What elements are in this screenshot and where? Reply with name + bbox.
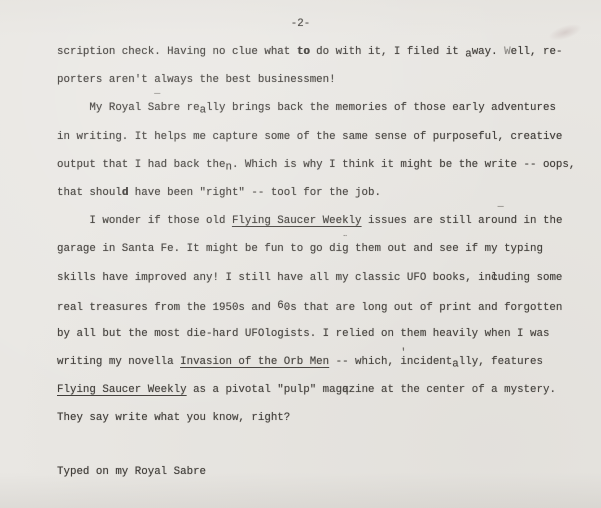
text-segment: nd in the xyxy=(504,215,562,227)
underlined-title: Flying Saucer Weekly xyxy=(57,384,187,396)
text-segment: real treasures from the 1950s and xyxy=(57,302,277,314)
text-segment: as a pivotal "pulp" mag xyxy=(187,384,343,396)
text-line: They say write what you know, right? xyxy=(57,404,579,432)
text-line: I wonder if those old Flying Saucer Week… xyxy=(57,207,579,235)
text-segment: lly brings back the memories of those ea… xyxy=(206,102,556,114)
text-segment: output that I had back the xyxy=(57,159,225,171)
text-line: output that I had back then. Which is wh… xyxy=(57,151,579,179)
text-segment: lly, features xyxy=(459,356,543,368)
text-line: by all but the most die-hard UFOlogists.… xyxy=(57,320,579,348)
text-segment: porters aren't always the best businessm… xyxy=(57,74,336,86)
underlined-title: Invasion of the Orb Men xyxy=(180,356,329,368)
text-line: garage in Santa Fe. It might be fun to g… xyxy=(57,235,579,263)
text-line: porters aren't always the best businessm… xyxy=(57,66,579,94)
text-segment: way. xyxy=(472,46,504,58)
typewritten-page: -2- scription check. Having no clue what… xyxy=(0,0,601,508)
letter-body: scription check. Having no clue what to … xyxy=(57,38,579,433)
text-segment: to xyxy=(297,46,310,58)
text-segment: ell, re- xyxy=(511,46,563,58)
page-number: -2- xyxy=(0,10,601,38)
text-line: in writing. It helps me capture some of … xyxy=(57,123,579,151)
text-line: Flying Saucer Weekly as a pivotal "pulp"… xyxy=(57,376,579,404)
text-segment: writing my novella xyxy=(57,356,180,368)
text-segment: a xyxy=(154,102,160,114)
text-segment: garage in Santa Fe. It might be fun to g… xyxy=(57,243,342,255)
text-segment: by all but the most die-hard UFOlogists.… xyxy=(57,328,549,340)
text-segment: My Royal S xyxy=(57,102,154,114)
text-segment: have been "right" -- tool for the job. xyxy=(128,187,381,199)
text-segment: 0s that are long out of print and forgot… xyxy=(284,302,563,314)
text-segment: scription check. Having no clue what xyxy=(57,46,297,58)
text-segment: that shoul xyxy=(57,187,122,199)
text-segment: i xyxy=(400,356,406,368)
text-segment: skills have improved any! I still have a… xyxy=(57,272,491,284)
text-segment: in writing. It helps me capture some of … xyxy=(57,131,562,143)
text-line: skills have improved any! I still have a… xyxy=(57,264,579,292)
text-segment: They say write what you know, right? xyxy=(57,412,290,424)
text-segment: uding some xyxy=(498,272,563,284)
text-segment: zine at the center of a mystery. xyxy=(349,384,556,396)
text-segment: W xyxy=(504,46,510,58)
text-segment: them out and see if my typing xyxy=(349,243,543,255)
text-segment: ncident xyxy=(407,356,452,368)
text-line: scription check. Having no clue what to … xyxy=(57,38,579,66)
text-segment: bre re xyxy=(161,102,200,114)
text-segment: . Which is why I think it might be the w… xyxy=(232,159,575,171)
text-segment: g xyxy=(342,243,348,255)
text-line: writing my novella Invasion of the Orb M… xyxy=(57,348,579,376)
text-segment: -- which, xyxy=(329,356,400,368)
text-segment: do with it, I filed it xyxy=(310,46,466,58)
text-line: My Royal Sabre really brings back the me… xyxy=(57,94,579,122)
text-segment: u xyxy=(498,215,504,227)
text-segment: I wonder if those old xyxy=(57,215,232,227)
text-line: that should have been "right" -- tool fo… xyxy=(57,179,579,207)
text-line: real treasures from the 1950s and 60s th… xyxy=(57,292,579,320)
closing-line: Typed on my Royal Sabre xyxy=(57,458,206,486)
underlined-title: Flying Saucer Weekly xyxy=(232,215,362,227)
text-segment: issues are still aro xyxy=(362,215,498,227)
